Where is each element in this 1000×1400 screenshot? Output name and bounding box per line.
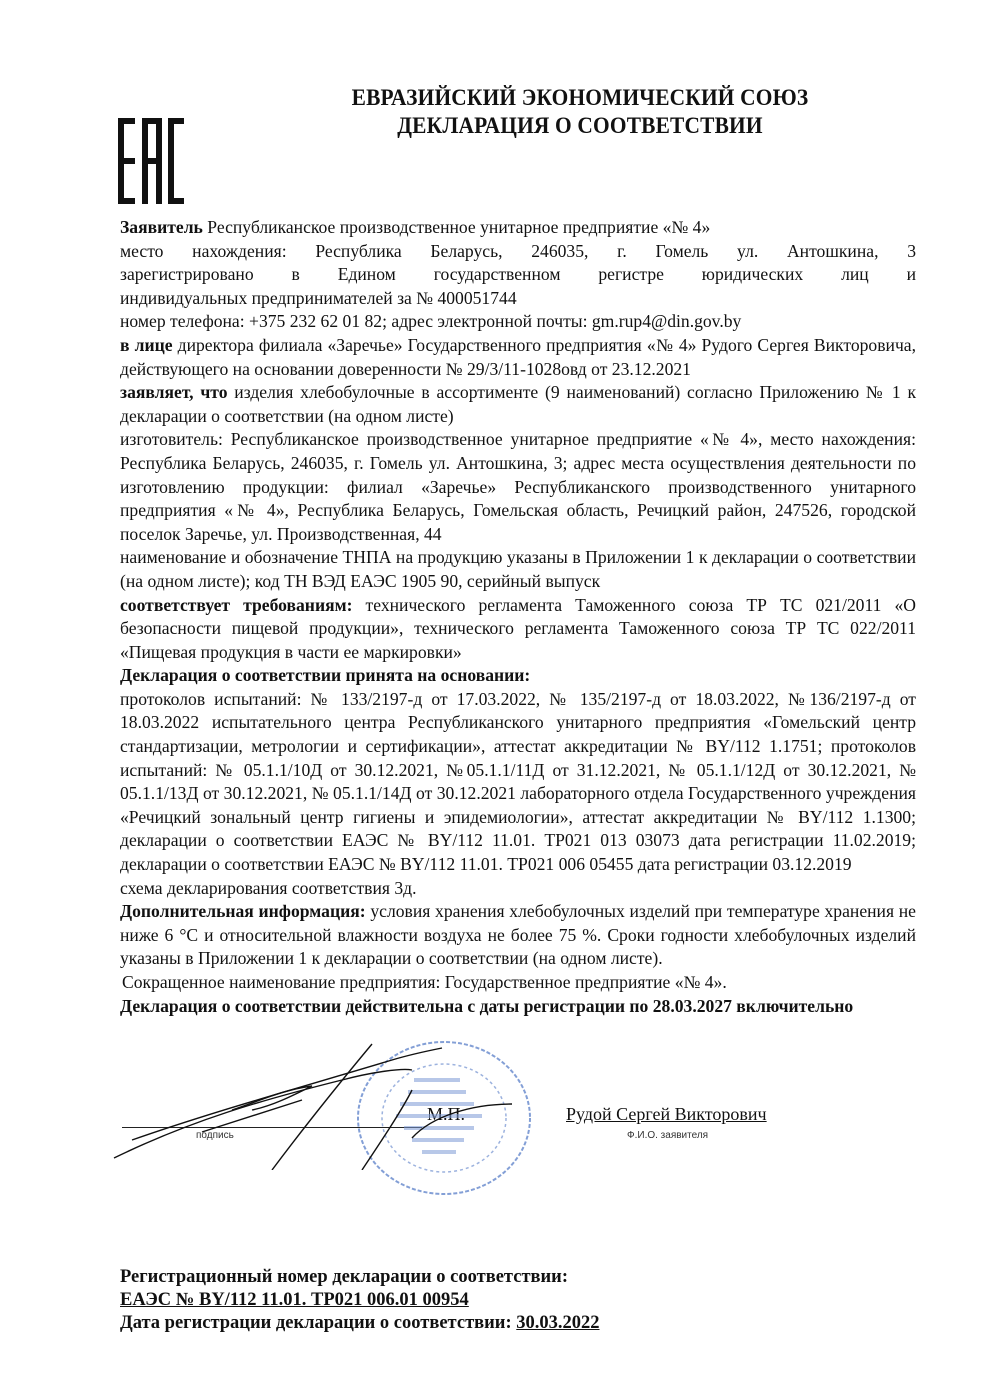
signer-name: Рудой Сергей Викторович [566,1104,767,1125]
applicant-location: место нахождения: Республика Беларусь, 2… [120,240,916,264]
applicant-registered-2: индивидуальных предпринимателей за № 400… [120,287,916,311]
applicant-label: Заявитель [120,217,203,237]
complies-label: соответствует требованиям: [120,595,352,615]
additional-paragraph: Дополнительная информация: условия хране… [120,900,916,971]
registration-number: ЕАЭС № BY/112 11.01. ТР021 006.01 00954 [120,1289,600,1312]
represented-text: директора филиала «Заречье» Государствен… [120,335,916,379]
short-name-line: Сокращенное наименование предприятия: Го… [120,971,916,995]
eac-logo [118,118,184,204]
signer-caption: Ф.И.О. заявителя [627,1130,708,1141]
declaration-body: Заявитель Республиканское производственн… [120,216,916,1018]
registration-block: Регистрационный номер декларации о соотв… [120,1266,600,1335]
document-title: ЕВРАЗИЙСКИЙ ЭКОНОМИЧЕСКИЙ СОЮЗ ДЕКЛАРАЦИ… [273,84,887,140]
additional-label: Дополнительная информация: [120,901,366,921]
registration-number-label: Регистрационный номер декларации о соотв… [120,1266,600,1289]
tnpa-paragraph: наименование и обозначение ТНПА на проду… [120,546,916,593]
declares-paragraph: заявляет, что изделия хлебобулочные в ас… [120,381,916,428]
validity-paragraph: Декларация о соответствии действительна … [120,995,916,1019]
declares-text: изделия хлебобулочные в ассортименте (9 … [120,382,916,426]
manufacturer-paragraph: изготовитель: Республиканское производст… [120,428,916,546]
basis-label: Декларация о соответствии принята на осн… [120,664,916,688]
handwritten-signature-icon [112,1040,572,1170]
union-title: ЕВРАЗИЙСКИЙ ЭКОНОМИЧЕСКИЙ СОЮЗ [273,84,887,112]
declaration-title: ДЕКЛАРАЦИЯ О СООТВЕТСТВИИ [273,112,887,140]
declares-label: заявляет, что [120,382,228,402]
registration-date-label: Дата регистрации декларации о соответств… [120,1313,516,1333]
registration-date: 30.03.2022 [516,1313,599,1333]
applicant-line: Заявитель Республиканское производственн… [120,216,916,240]
eac-mark-icon [118,118,184,204]
complies-paragraph: соответствует требованиям: технического … [120,594,916,665]
applicant-contacts: номер телефона: +375 232 62 01 82; адрес… [120,310,916,334]
basis-paragraph: протоколов испытаний: № 133/2197-д от 17… [120,688,916,877]
represented-paragraph: в лице директора филиала «Заречье» Госуд… [120,334,916,381]
applicant-registered-1: зарегистрировано в Едином государственно… [120,263,916,287]
scheme-line: схема декларирования соответствия 3д. [120,877,916,901]
registration-date-line: Дата регистрации декларации о соответств… [120,1312,600,1335]
represented-label: в лице [120,335,173,355]
applicant-name: Республиканское производственное унитарн… [203,217,710,237]
